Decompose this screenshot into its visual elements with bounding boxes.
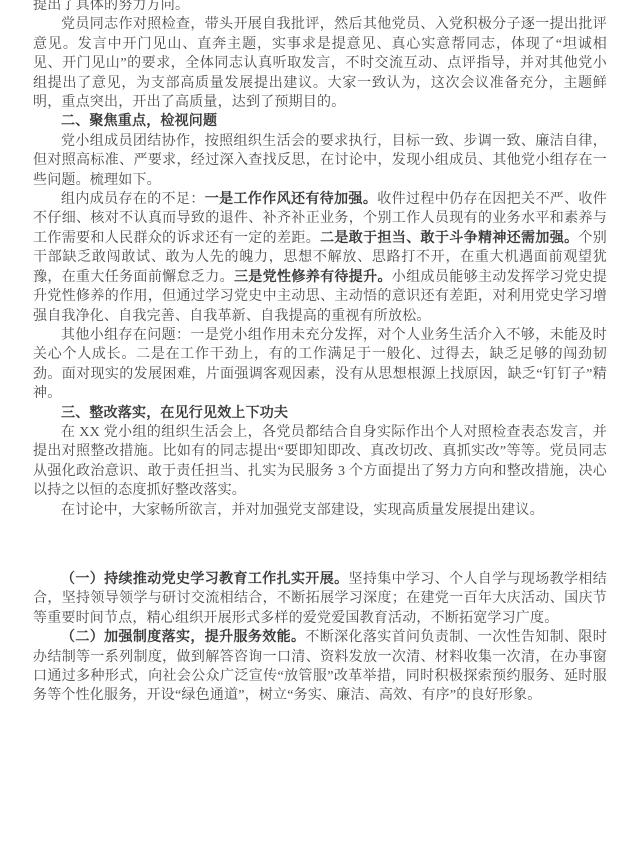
body-text: 其他小组存在问题：一是党小组作用未充分发挥，对个人业务生活介入不够，未能及时关心…: [33, 328, 607, 401]
paragraph: 其他小组存在问题：一是党小组作用未充分发挥，对个人业务生活介入不够，未能及时关心…: [33, 326, 607, 404]
emphasis-text: （一）持续推动党史学习教育工作扎实开展。: [61, 572, 348, 587]
body-text: 在 XX 党小组的组织生活会上，各党员都结合自身实际作出个人对照检查表态发言，并…: [33, 425, 607, 498]
emphasis-text: 一是工作作风还有待加强。: [205, 192, 377, 207]
document-body: 提出了具体的努力方向。党员同志作对照检查，带头开展自我批评，然后其他党员、入党积…: [33, 0, 607, 706]
body-text: 提出了具体的努力方向。: [33, 0, 189, 13]
section-heading: 三、整改落实，在见行见效上下功夫: [33, 404, 607, 423]
emphasis-text: 二、聚焦重点，检视问题: [61, 114, 217, 129]
paragraph: 在讨论中，大家畅所欲言，并对加强党支部建设，实现高质量发展提出建议。: [33, 501, 607, 520]
document-page: 提出了具体的努力方向。党员同志作对照检查，带头开展自我批评，然后其他党员、入党积…: [0, 0, 640, 846]
paragraph: 在 XX 党小组的组织生活会上，各党员都结合自身实际作出个人对照检查表态发言，并…: [33, 423, 607, 501]
section-gap: [33, 520, 607, 570]
paragraph: 党小组成员团结协作，按照组织生活会的要求执行，目标一致、步调一致、廉洁自律，但对…: [33, 132, 607, 190]
body-text: 党员同志作对照检查，带头开展自我批评，然后其他党员、入党积极分子逐一提出批评意见…: [33, 17, 607, 110]
paragraph: （一）持续推动党史学习教育工作扎实开展。坚持集中学习、个人自学与现场教学相结合，…: [33, 570, 607, 628]
body-text: 组内成员存在的不足：: [61, 192, 205, 207]
emphasis-text: 三、整改落实，在见行见效上下功夫: [61, 406, 288, 421]
paragraph: （二）加强制度落实，提升服务效能。不断深化落实首问负责制、一次性告知制、限时办结…: [33, 628, 607, 706]
paragraph: 组内成员存在的不足：一是工作作风还有待加强。收件过程中仍存在因把关不严、收件不仔…: [33, 190, 607, 326]
emphasis-text: （二）加强制度落实，提升服务效能。: [61, 630, 305, 645]
paragraph: 提出了具体的努力方向。: [33, 0, 607, 15]
body-text: 在讨论中，大家畅所欲言，并对加强党支部建设，实现高质量发展提出建议。: [61, 503, 544, 518]
emphasis-text: 二是敢于担当、敢于斗争精神还需加强。: [320, 231, 578, 246]
section-heading: 二、聚焦重点，检视问题: [33, 112, 607, 131]
body-text: 党小组成员团结协作，按照组织生活会的要求执行，目标一致、步调一致、廉洁自律，但对…: [33, 134, 607, 188]
paragraph: 党员同志作对照检查，带头开展自我批评，然后其他党员、入党积极分子逐一提出批评意见…: [33, 15, 607, 112]
emphasis-text: 三是党性修养有待提升。: [234, 270, 392, 285]
